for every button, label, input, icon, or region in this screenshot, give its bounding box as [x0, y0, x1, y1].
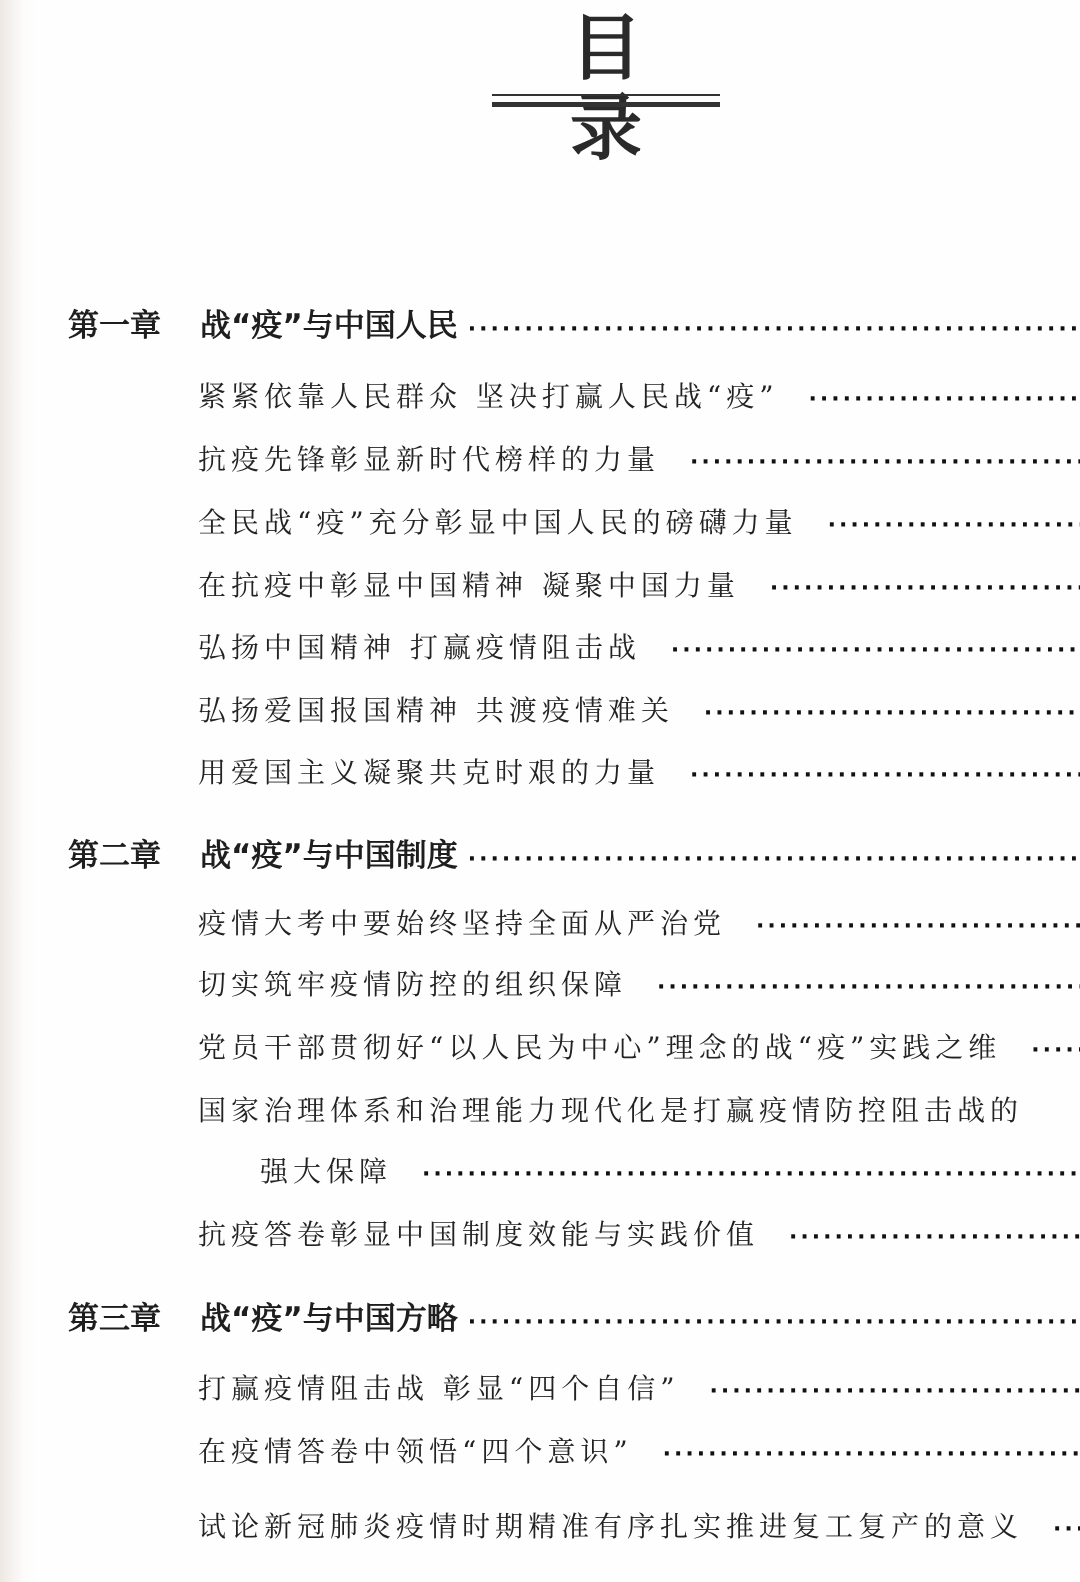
title-underline-thin — [492, 94, 720, 96]
entry-title: 试论新冠肺炎疫情时期精准有序扎实推进复工复产的意义 — [198, 1505, 1023, 1545]
dot-leader — [663, 1442, 1080, 1467]
entry-title: 用爱国主义凝聚共克时艰的力量 — [198, 751, 660, 791]
page-edge-shadow — [0, 0, 40, 1582]
toc-entry[interactable]: 在疫情答卷中领悟“四个意识” — [198, 1430, 1080, 1470]
chapter-number: 第二章 — [68, 830, 200, 875]
chapter-number: 第三章 — [68, 1293, 200, 1338]
toc-entry[interactable]: 党员干部贯彻好“以人民为中心”理念的战“疫”实践之维 — [198, 1026, 1080, 1066]
chapter-title: 战“疫”与中国制度 — [200, 830, 458, 875]
chapter-number: 第一章 — [68, 300, 200, 345]
dot-leader — [657, 975, 1080, 1000]
dot-leader — [828, 513, 1080, 538]
toc-entry[interactable]: 试论新冠肺炎疫情时期精准有序扎实推进复工复产的意义 — [198, 1505, 1080, 1545]
entry-title: 抗疫答卷彰显中国制度效能与实践价值 — [198, 1213, 759, 1253]
toc-entry[interactable]: 用爱国主义凝聚共克时艰的力量 — [198, 751, 1080, 791]
dot-leader — [710, 1379, 1080, 1404]
dot-leader — [422, 1162, 1080, 1187]
toc-entry[interactable]: 抗疫先锋彰显新时代榜样的力量 — [198, 438, 1080, 478]
entry-title: 党员干部贯彻好“以人民为中心”理念的战“疫”实践之维 — [198, 1026, 1001, 1066]
toc-chapter-3[interactable]: 第三章 战“疫”与中国方略 — [68, 1293, 1080, 1338]
entry-title: 在抗疫中彰显中国精神 凝聚中国力量 — [198, 564, 740, 604]
entry-title: 抗疫先锋彰显新时代榜样的力量 — [198, 438, 660, 478]
toc-entry[interactable]: 打赢疫情阻击战 彰显“四个自信” — [198, 1367, 1080, 1407]
entry-title: 弘扬中国精神 打赢疫情阻击战 — [198, 626, 641, 666]
toc-entry[interactable]: 全民战“疫”充分彰显中国人民的磅礴力量 — [198, 501, 1080, 541]
entry-title: 打赢疫情阻击战 彰显“四个自信” — [198, 1367, 680, 1407]
toc-entry[interactable]: 抗疫答卷彰显中国制度效能与实践价值 — [198, 1213, 1080, 1253]
toc-chapter-1[interactable]: 第一章 战“疫”与中国人民 — [68, 300, 1080, 345]
dot-leader — [468, 847, 1080, 872]
entry-title: 在疫情答卷中领悟“四个意识” — [198, 1430, 633, 1470]
dot-leader — [1031, 1038, 1080, 1063]
toc-entry[interactable]: 切实筑牢疫情防控的组织保障 — [198, 963, 1080, 1003]
dot-leader — [756, 914, 1080, 939]
dot-leader — [789, 1225, 1080, 1250]
dot-leader — [809, 387, 1080, 412]
dot-leader — [468, 1310, 1080, 1335]
entry-title: 疫情大考中要始终坚持全面从严治党 — [198, 902, 726, 942]
toc-chapter-2[interactable]: 第二章 战“疫”与中国制度 — [68, 830, 1080, 875]
dot-leader — [704, 701, 1080, 726]
dot-leader — [690, 763, 1080, 788]
dot-leader — [690, 450, 1080, 475]
toc-entry[interactable]: 国家治理体系和治理能力现代化是打赢疫情防控阻击战的 — [198, 1089, 1080, 1129]
entry-title: 弘扬爱国报国精神 共渡疫情难关 — [198, 689, 674, 729]
page-title: 目 录 — [492, 8, 720, 168]
entry-title: 紧紧依靠人民群众 坚决打赢人民战“疫” — [198, 375, 779, 415]
toc-entry[interactable]: 紧紧依靠人民群众 坚决打赢人民战“疫” — [198, 375, 1080, 415]
chapter-title: 战“疫”与中国人民 — [200, 300, 458, 345]
toc-entry[interactable]: 疫情大考中要始终坚持全面从严治党 — [198, 902, 1080, 942]
dot-leader — [671, 638, 1080, 663]
toc-entry[interactable]: 弘扬爱国报国精神 共渡疫情难关 — [198, 689, 1080, 729]
toc-heading: 目 录 — [492, 8, 720, 168]
entry-title: 切实筑牢疫情防控的组织保障 — [198, 963, 627, 1003]
toc-entry[interactable]: 在抗疫中彰显中国精神 凝聚中国力量 — [198, 564, 1080, 604]
dot-leader — [468, 317, 1080, 342]
toc-entry[interactable]: 弘扬中国精神 打赢疫情阻击战 — [198, 626, 1080, 666]
chapter-title: 战“疫”与中国方略 — [200, 1293, 458, 1338]
dot-leader — [770, 576, 1080, 601]
dot-leader — [1053, 1517, 1080, 1542]
entry-title: 全民战“疫”充分彰显中国人民的磅礴力量 — [198, 501, 798, 541]
entry-title: 国家治理体系和治理能力现代化是打赢疫情防控阻击战的 — [198, 1089, 1023, 1129]
title-underline-thick — [492, 102, 720, 107]
toc-entry-continuation[interactable]: 强大保障 — [260, 1150, 1080, 1190]
entry-title-continuation: 强大保障 — [260, 1150, 392, 1190]
